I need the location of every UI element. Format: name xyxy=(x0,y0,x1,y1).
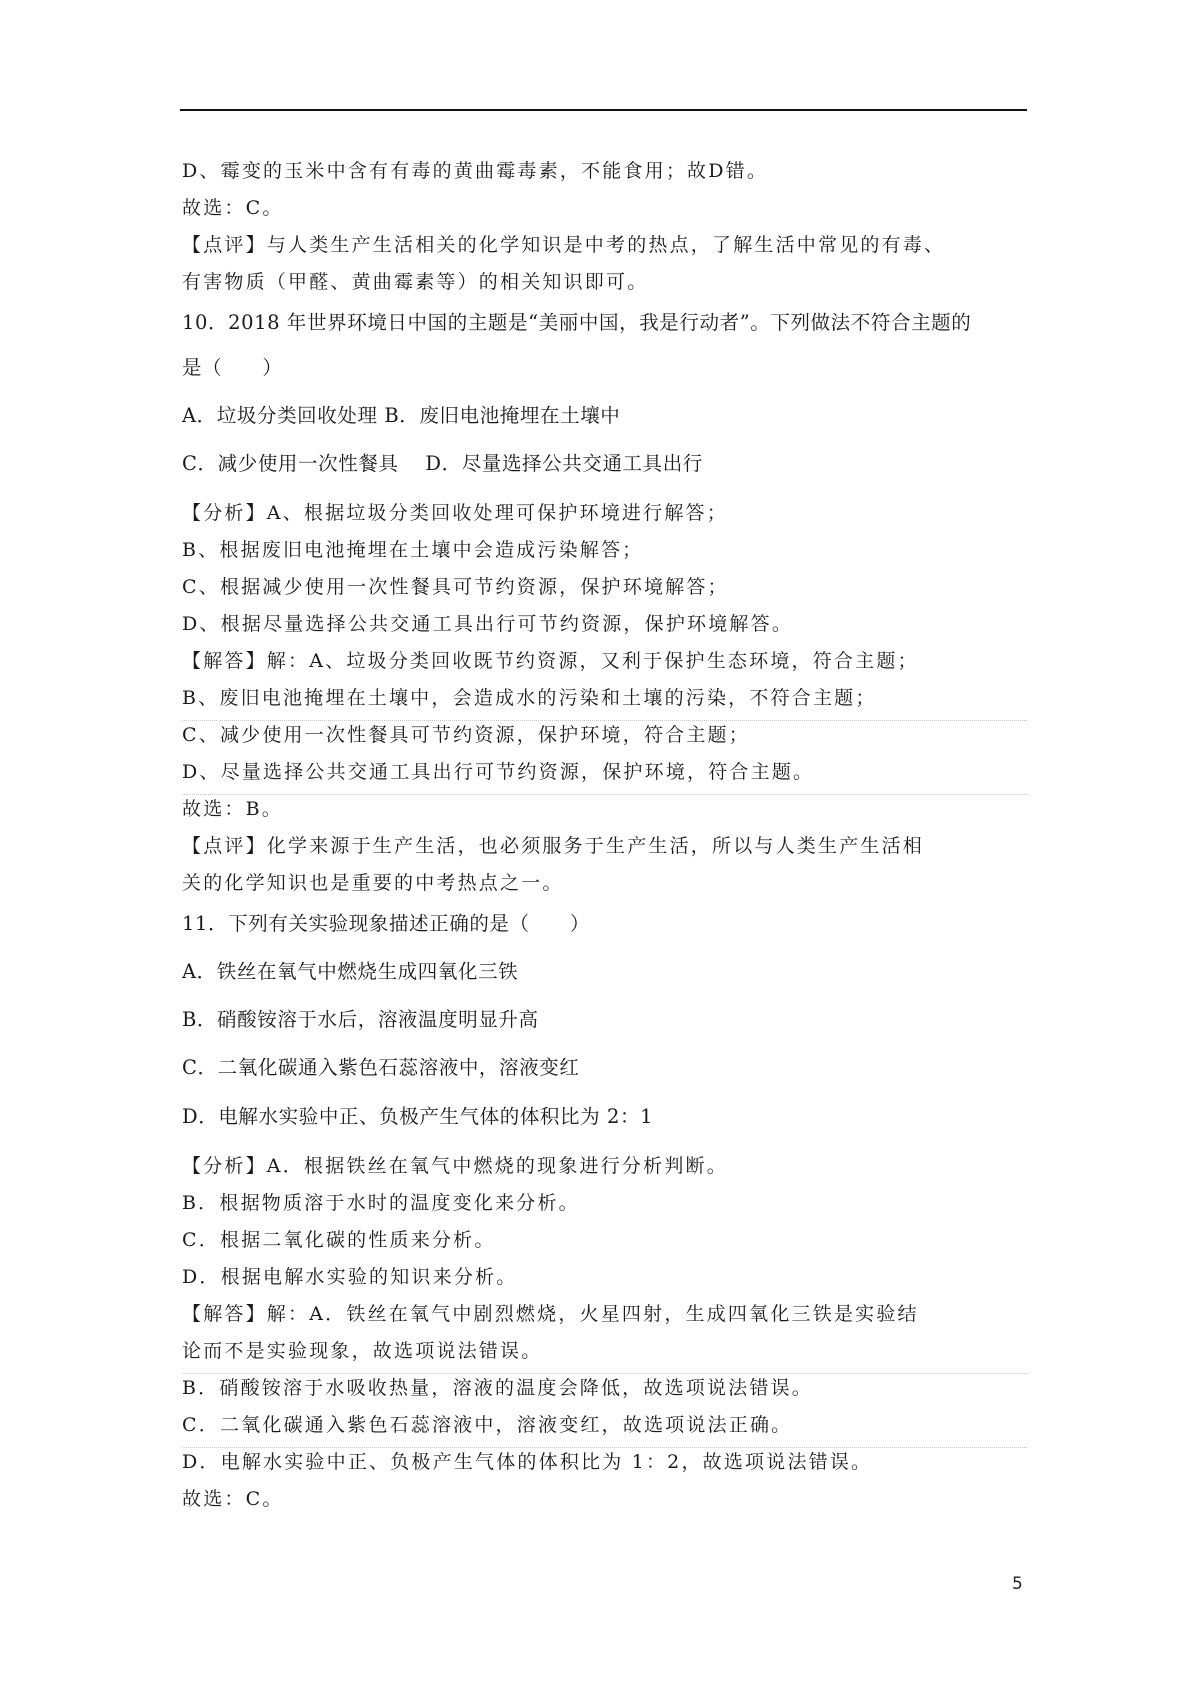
question-line: C．减少使用一次性餐具 D．尽量选择公共交通工具出行 xyxy=(182,452,703,476)
text-line: C．根据二氧化碳的性质来分析。 xyxy=(182,1228,496,1252)
question-line: B．硝酸铵溶于水后，溶液温度明显升高 xyxy=(182,1008,539,1032)
text-line: B．根据物质溶于水时的温度变化来分析。 xyxy=(182,1191,580,1215)
text-line: 故选：C。 xyxy=(182,1487,284,1511)
text-line: C．二氧化碳通入紫色石蕊溶液中，溶液变红，故选项说法正确。 xyxy=(182,1413,792,1437)
question-line: A．铁丝在氧气中燃烧生成四氧化三铁 xyxy=(182,960,518,984)
text-line: D、根据尽量选择公共交通工具出行可节约资源，保护环境解答。 xyxy=(182,612,793,636)
text-line: 【解答】解：A．铁丝在氧气中剧烈燃烧，火星四射，生成四氧化三铁是实验结 xyxy=(182,1302,919,1326)
text-line: C、减少使用一次性餐具可节约资源，保护环境，符合主题； xyxy=(182,723,750,747)
text-line: D、尽量选择公共交通工具出行可节约资源，保护环境，符合主题。 xyxy=(182,760,814,784)
text-line: 【分析】A、根据垃圾分类回收处理可保护环境进行解答； xyxy=(182,501,728,525)
text-line: 【点评】与人类生产生活相关的化学知识是中考的热点，了解生活中常见的有毒、 xyxy=(182,233,945,257)
text-line: B．硝酸铵溶于水吸收热量，溶液的温度会降低，故选项说法错误。 xyxy=(182,1376,813,1400)
text-line: 故选：B。 xyxy=(182,797,283,821)
text-line: 【分析】A．根据铁丝在氧气中燃烧的现象进行分析判断。 xyxy=(182,1154,728,1178)
text-line: D．电解水实验中正、负极产生气体的体积比为 1：2，故选项说法错误。 xyxy=(182,1450,872,1474)
question-line: D．电解水实验中正、负极产生气体的体积比为 2：1 xyxy=(182,1105,653,1129)
text-line: 【解答】解：A、垃圾分类回收既节约资源，又利于保护生态环境，符合主题； xyxy=(182,649,919,673)
text-line: 关的化学知识也是重要的中考热点之一。 xyxy=(182,871,564,895)
question-line: 10．2018 年世界环境日中国的主题是“美丽中国，我是行动者”。下列做法不符合… xyxy=(182,311,971,335)
question-line: C．二氧化碳通入紫色石蕊溶液中，溶液变红 xyxy=(182,1056,579,1080)
text-line: B、废旧电池掩埋在土壤中，会造成水的污染和土壤的污染，不符合主题； xyxy=(182,686,877,710)
text-line: C、根据减少使用一次性餐具可节约资源，保护环境解答； xyxy=(182,575,729,599)
page-number: 5 xyxy=(1012,1574,1023,1594)
text-line: D．根据电解水实验的知识来分析。 xyxy=(182,1265,517,1289)
text-line: 论而不是实验现象，故选项说法错误。 xyxy=(182,1339,542,1363)
header-rule xyxy=(180,109,1027,111)
text-line: 【点评】化学来源于生产生活，也必须服务于生产生活，所以与人类生产生活相 xyxy=(182,834,924,858)
text-line: 故选：C。 xyxy=(182,196,284,220)
text-line: D、霉变的玉米中含有有毒的黄曲霉毒素，不能食用；故D错。 xyxy=(182,159,768,183)
question-line: A．垃圾分类回收处理 B．废旧电池掩埋在土壤中 xyxy=(182,404,620,428)
question-line: 11．下列有关实验现象描述正确的是（ ） xyxy=(182,912,590,936)
question-line: 是（ ） xyxy=(182,356,283,380)
text-line: B、根据废旧电池掩埋在土壤中会造成污染解答； xyxy=(182,538,643,562)
text-line: 有害物质（甲醛、黄曲霉素等）的相关知识即可。 xyxy=(182,270,648,294)
